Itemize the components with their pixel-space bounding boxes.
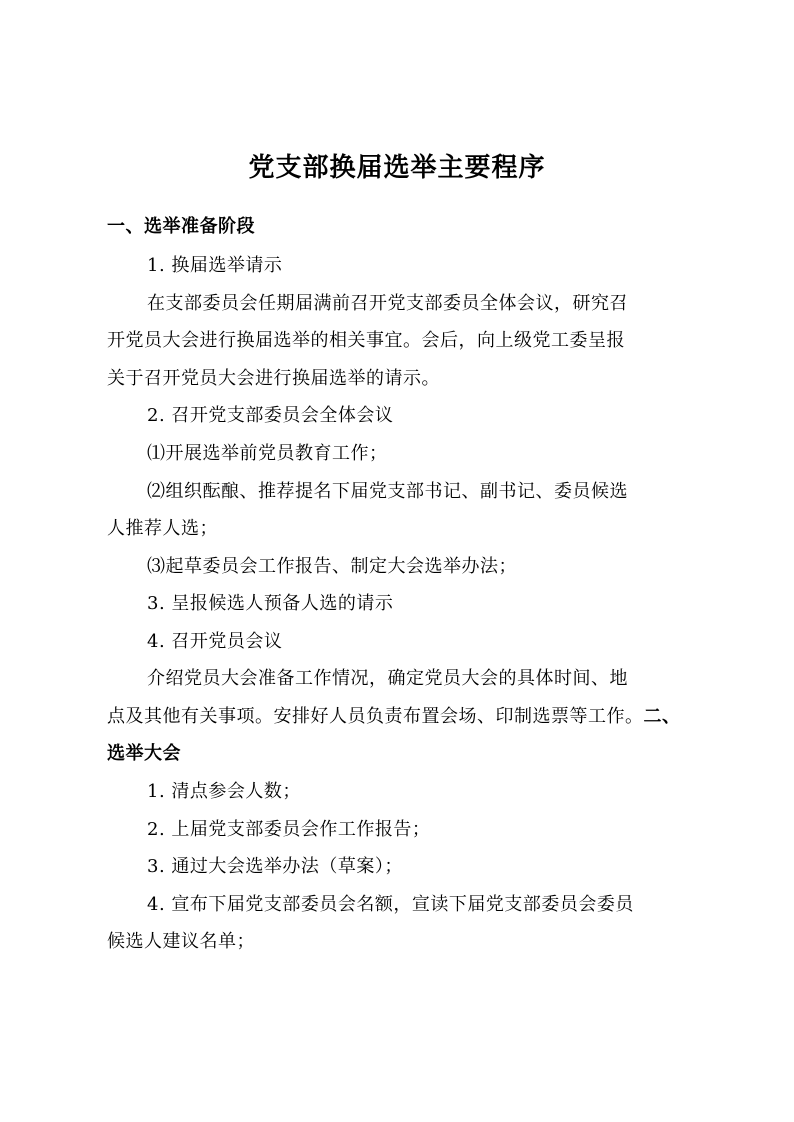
paragraph-line: 关于召开党员大会进行换届选举的请示。 — [107, 366, 707, 392]
list-item-continuation: 候选人建议名单； — [107, 929, 707, 955]
sub-item: ⑵组织酝酿、推荐提名下届党支部书记、副书记、委员候选 — [147, 479, 747, 505]
list-item: 1. 清点参会人数； — [147, 779, 747, 805]
item-title-party-meeting: 4. 召开党员会议 — [147, 629, 747, 655]
list-item: 3. 通过大会选举办法（草案）； — [147, 854, 747, 880]
paragraph-line: 介绍党员大会准备工作情况，确定党员大会的具体时间、地 — [147, 666, 747, 692]
paragraph-line: 在支部委员会任期届满前召开党支部委员全体会议，研究召 — [147, 291, 747, 317]
item-title-committee-meeting: 2. 召开党支部委员会全体会议 — [147, 403, 747, 429]
section-heading-election-meeting: 选举大会 — [107, 741, 707, 767]
section-heading-preparation: 一、选举准备阶段 — [107, 214, 707, 240]
paragraph-line-with-heading: 点及其他有关事项。安排好人员负责布置会场、印制选票等工作。二、 — [107, 704, 707, 730]
item-title-election-request: 1. 换届选举请示 — [147, 253, 747, 279]
paragraph-text: 点及其他有关事项。安排好人员负责布置会场、印制选票等工作。 — [107, 706, 644, 727]
item-title-candidate-request: 3. 呈报候选人预备人选的请示 — [147, 591, 747, 617]
sub-item-continuation: 人推荐人选； — [107, 516, 707, 542]
section-heading-number: 二、 — [644, 706, 681, 727]
sub-item: ⑴开展选举前党员教育工作； — [147, 441, 747, 467]
document-title: 党支部换届选举主要程序 — [0, 148, 794, 188]
sub-item: ⑶起草委员会工作报告、制定大会选举办法； — [147, 554, 747, 580]
list-item: 2. 上届党支部委员会作工作报告； — [147, 817, 747, 843]
document-page: 党支部换届选举主要程序 一、选举准备阶段 1. 换届选举请示 在支部委员会任期届… — [0, 0, 794, 1122]
list-item: 4. 宣布下届党支部委员会名额，宣读下届党支部委员会委员 — [147, 892, 747, 918]
paragraph-line: 开党员大会进行换届选举的相关事宜。会后，向上级党工委呈报 — [107, 328, 707, 354]
